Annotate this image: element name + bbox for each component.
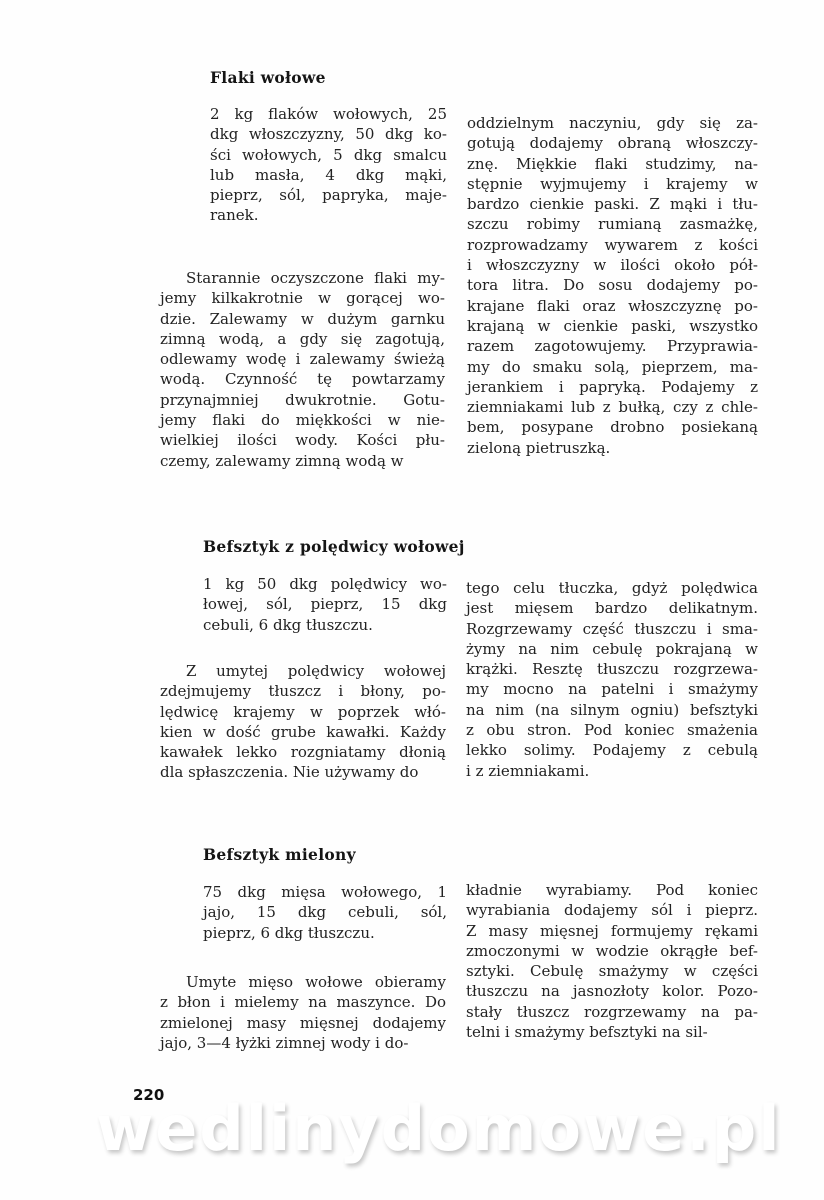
text-line: i włoszczyzny w ilości około pół-: [467, 255, 758, 275]
watermark: wedlinydomowe.pl: [96, 1092, 781, 1165]
text-line: cebuli, 6 dkg tłuszczu.: [203, 615, 447, 635]
recipe-body-left: Z umytej polędwicy wołowejzdejmujemy tłu…: [160, 661, 446, 783]
text-line: Starannie oczyszczone flaki my-: [160, 268, 445, 288]
text-line: krajaną w cienkie paski, wszystko: [467, 316, 758, 336]
recipe-title: Flaki wołowe: [210, 68, 326, 87]
text-line: razem zagotowujemy. Przyprawia-: [467, 336, 758, 356]
text-line: my do smaku solą, pieprzem, ma-: [467, 357, 758, 377]
text-line: pieprz, sól, papryka, maje-: [210, 185, 447, 205]
text-line: lub masła, 4 dkg mąki,: [210, 165, 447, 185]
text-line: kawałek lekko rozgniatamy dłonią: [160, 742, 446, 762]
text-line: tłuszczu na jasnozłoty kolor. Pozo-: [466, 981, 758, 1001]
text-line: odlewamy wodę i zalewamy świeżą: [160, 349, 445, 369]
text-line: zdejmujemy tłuszcz i błony, po-: [160, 681, 446, 701]
text-line: zmoczonymi w wodzie okrągłe bef-: [466, 941, 758, 961]
text-line: łowej, sól, pieprz, 15 dkg: [203, 594, 447, 614]
text-line: Umyte mięso wołowe obieramy: [160, 972, 446, 992]
text-line: Z masy mięsnej formujemy rękami: [466, 921, 758, 941]
recipe-body-left: Umyte mięso wołowe obieramyz błon i miel…: [160, 972, 446, 1053]
text-line: żymy na nim cebulę pokrajaną w: [466, 639, 758, 659]
text-line: pieprz, 6 dkg tłuszczu.: [203, 923, 447, 943]
text-line: zimną wodą, a gdy się zagotują,: [160, 329, 445, 349]
text-line: z obu stron. Pod koniec smażenia: [466, 720, 758, 740]
text-line: szczu robimy rumianą zasmażkę,: [467, 214, 758, 234]
text-line: bem, posypane drobno posiekaną: [467, 417, 758, 437]
text-line: tego celu tłuczka, gdyż polędwica: [466, 578, 758, 598]
text-line: czemy, zalewamy zimną wodą w: [160, 451, 445, 471]
text-line: przynajmniej dwukrotnie. Gotu-: [160, 390, 445, 410]
text-line: znę. Miękkie flaki studzimy, na-: [467, 154, 758, 174]
text-line: 1 kg 50 dkg polędwicy wo-: [203, 574, 447, 594]
text-line: zmielonej masy mięsnej dodajemy: [160, 1013, 446, 1033]
text-line: jest mięsem bardzo delikatnym.: [466, 598, 758, 618]
text-line: oddzielnym naczyniu, gdy się za-: [467, 113, 758, 133]
text-line: dzie. Zalewamy w dużym garnku: [160, 309, 445, 329]
ingredients-list: 1 kg 50 dkg polędwicy wo-łowej, sól, pie…: [203, 574, 447, 635]
text-line: jerankiem i papryką. Podajemy z: [467, 377, 758, 397]
text-line: wyrabiania dodajemy sól i pieprz.: [466, 900, 758, 920]
text-line: kładnie wyrabiamy. Pod koniec: [466, 880, 758, 900]
text-line: na nim (na silnym ogniu) befsztyki: [466, 700, 758, 720]
text-line: gotują dodajemy obraną włoszczy-: [467, 133, 758, 153]
text-line: ziemniakami lub z bułką, czy z chle-: [467, 397, 758, 417]
recipe-body-right: tego celu tłuczka, gdyż polędwicajest mi…: [466, 578, 758, 781]
text-line: zieloną pietruszką.: [467, 438, 758, 458]
text-line: rozprowadzamy wywarem z kości: [467, 235, 758, 255]
text-line: krajane flaki oraz włoszczyznę po-: [467, 296, 758, 316]
text-line: Z umytej polędwicy wołowej: [160, 661, 446, 681]
text-line: stępnie wyjmujemy i krajemy w: [467, 174, 758, 194]
text-line: jemy kilkakrotnie w gorącej wo-: [160, 288, 445, 308]
text-line: stały tłuszcz rozgrzewamy na pa-: [466, 1002, 758, 1022]
recipe-body-right: kładnie wyrabiamy. Pod koniecwyrabiania …: [466, 880, 758, 1042]
text-line: kien w dość grube kawałki. Każdy: [160, 722, 446, 742]
text-line: wodą. Czynność tę powtarzamy: [160, 369, 445, 389]
text-line: sztyki. Cebulę smażymy w części: [466, 961, 758, 981]
text-line: telni i smażymy befsztyki na sil-: [466, 1022, 758, 1042]
text-line: i z ziemniakami.: [466, 761, 758, 781]
text-line: bardzo cienkie paski. Z mąki i tłu-: [467, 194, 758, 214]
text-line: dla spłaszczenia. Nie używamy do: [160, 762, 446, 782]
ingredients-list: 2 kg flaków wołowych, 25dkg włoszczyzny,…: [210, 104, 447, 226]
text-line: 75 dkg mięsa wołowego, 1: [203, 882, 447, 902]
text-line: z błon i mielemy na maszynce. Do: [160, 992, 446, 1012]
ingredients-list: 75 dkg mięsa wołowego, 1jajo, 15 dkg ceb…: [203, 882, 447, 943]
text-line: ści wołowych, 5 dkg smalcu: [210, 145, 447, 165]
recipe-title: Befsztyk mielony: [203, 845, 356, 864]
recipe-body-left: Starannie oczyszczone flaki my-jemy kilk…: [160, 268, 445, 471]
text-line: lekko solimy. Podajemy z cebulą: [466, 740, 758, 760]
text-line: tora litra. Do sosu dodajemy po-: [467, 275, 758, 295]
text-line: my mocno na patelni i smażymy: [466, 679, 758, 699]
text-line: krążki. Resztę tłuszczu rozgrzewa-: [466, 659, 758, 679]
book-page: Flaki wołowe 2 kg flaków wołowych, 25dkg…: [0, 0, 824, 1200]
text-line: wielkiej ilości wody. Kości płu-: [160, 430, 445, 450]
text-line: jemy flaki do miękkości w nie-: [160, 410, 445, 430]
text-line: lędwicę krajemy w poprzek włó-: [160, 702, 446, 722]
text-line: ranek.: [210, 205, 447, 225]
text-line: jajo, 15 dkg cebuli, sól,: [203, 902, 447, 922]
text-line: 2 kg flaków wołowych, 25: [210, 104, 447, 124]
text-line: dkg włoszczyzny, 50 dkg ko-: [210, 124, 447, 144]
text-line: Rozgrzewamy część tłuszczu i sma-: [466, 619, 758, 639]
recipe-title: Befsztyk z polędwicy wołowej: [203, 537, 465, 556]
text-line: jajo, 3—4 łyżki zimnej wody i do-: [160, 1033, 446, 1053]
recipe-body-right: oddzielnym naczyniu, gdy się za-gotują d…: [467, 113, 758, 458]
